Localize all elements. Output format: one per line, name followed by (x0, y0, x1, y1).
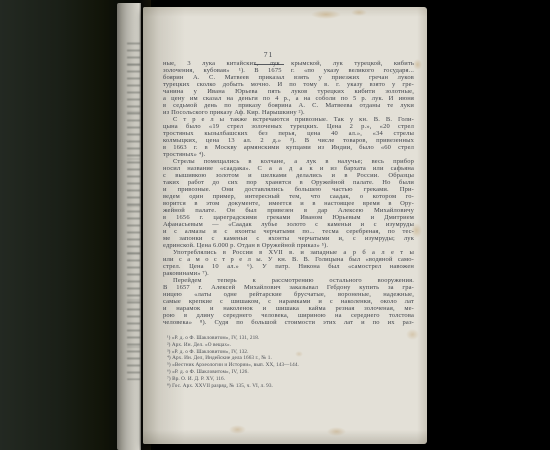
text-line: из Посольского приказу Аф. Кир. Нарышкин… (163, 109, 414, 116)
text-column: ные, 3 лука китайских, лук крымской, лук… (163, 60, 414, 389)
text-line: тростяных кызылбашских без перья, цена 4… (163, 130, 414, 137)
text-line: В 1657 г. Алексей Михайлович заказывал Г… (163, 284, 414, 291)
text-line: Стрелы помещались в колчане, а лук в нал… (163, 158, 414, 165)
footnote-line: ⁵) «Вестник Археологии и Истории», вып. … (167, 362, 414, 369)
text-line: ницею «латы одне рейтарские брусчатые, в… (163, 291, 414, 298)
text-line: или с а м о с т р е л ы. У кн. В. В. Гол… (163, 256, 414, 263)
footnote-line: ⁶) «Р. д. о Ф. Шакловитом», IV, 126. (167, 369, 414, 376)
footnote-line: ²) Арх. Ин. Дел. «О вещах». (167, 342, 414, 349)
text-line: С т р е л ы также встречаются привозные.… (163, 116, 414, 123)
text-line: и нарамок и наколенок и шишака кайма рез… (163, 305, 414, 312)
text-line: в 1656 г. цареградскими греками Иваном Ю… (163, 214, 414, 221)
text-line: ме запонки с каменьи с яхонты черчатыми … (163, 235, 414, 242)
text-line: Афанасьевым — «Саадак лубье золото с кам… (163, 221, 414, 228)
footnote-line: ⁷) Вр. О. И. Д. Р. XV, 116. (167, 376, 414, 383)
footnote-line: ⁸) Гос. Арх. XXVII разряд, № 135, ч. VI,… (167, 383, 414, 390)
text-line: жейной палате. Он был привезен в дар Але… (163, 207, 414, 214)
text-line: боярин А. С. Матвеев приказал взять у пр… (163, 74, 414, 81)
left-page-edge (117, 3, 141, 450)
page-content: 71 ные, 3 лука китайских, лук крымской, … (143, 7, 427, 444)
body-text: ные, 3 лука китайских, лук крымской, лук… (163, 60, 414, 326)
book-photo: 71 ные, 3 лука китайских, лук крымской, … (0, 0, 550, 450)
text-line: самые крепкие с шишаком, с нарамками и с… (163, 298, 414, 305)
text-line: чанина у Ивана Юрьева пять луков турецки… (163, 88, 414, 95)
text-line: золочения, кубовая» ¹). В 1675 г. «по ук… (163, 67, 414, 74)
page-number: 71 (264, 51, 274, 59)
text-line: ворится в этом документе, имеется и в на… (163, 200, 414, 207)
text-line: стрел. Цена 10 ал.» ⁶). У патр. Никона б… (163, 263, 414, 270)
text-line: рою в длину середнего человека, шириною … (163, 312, 414, 319)
text-line: тростяных» ⁴). (163, 151, 414, 158)
footnote-line: ¹) «Р. д. о Ф. Шакловитом», IV, 131, 218… (167, 335, 414, 342)
text-line: в седьмой день по приказу боярина А. С. … (163, 102, 414, 109)
text-line: с вышивкою золотом и шелками делались и … (163, 172, 414, 179)
text-line: ные, 3 лука китайских, лук крымской, лук… (163, 60, 414, 67)
text-line: таких работ до сих пор хранятся в Оружей… (163, 179, 414, 186)
text-line: и с алмазы и с яхонты черчатыми по... те… (163, 228, 414, 235)
text-line: едринской. Цена 6.000 р. Отдан в Оружейн… (163, 242, 414, 249)
text-line: а цену им сказал на деньги по 4 р., а на… (163, 95, 414, 102)
book-page: 71 ные, 3 лука китайских, лук крымской, … (143, 7, 427, 444)
text-line: раковинами» ⁷). (163, 270, 414, 277)
text-line: Перейдем теперь к рассмотрению остальног… (163, 277, 414, 284)
text-line: человека» ⁸). Судя по большой стоимости … (163, 319, 414, 326)
text-line: носил название «саадака». С а а д а к и … (163, 165, 414, 172)
text-line: Употреблялись в России в XVII в. и запад… (163, 249, 414, 256)
footnotes: ¹) «Р. д. о Ф. Шакловитом», IV, 131, 218… (163, 335, 414, 389)
text-line: и привозные. Они доставлялись большею ча… (163, 186, 414, 193)
text-line: колмыцких, цена 13 ал. 2 д.» ³). В числе… (163, 137, 414, 144)
text-line: турецких сколко добыть мочно. И по тому … (163, 81, 414, 88)
text-line: ведем один пример, интересный тем, что с… (163, 193, 414, 200)
text-line: в 1663 г. в Москву армянскими купцами из… (163, 144, 414, 151)
text-line: цына было «19 стрел золоченых турецких. … (163, 123, 414, 130)
